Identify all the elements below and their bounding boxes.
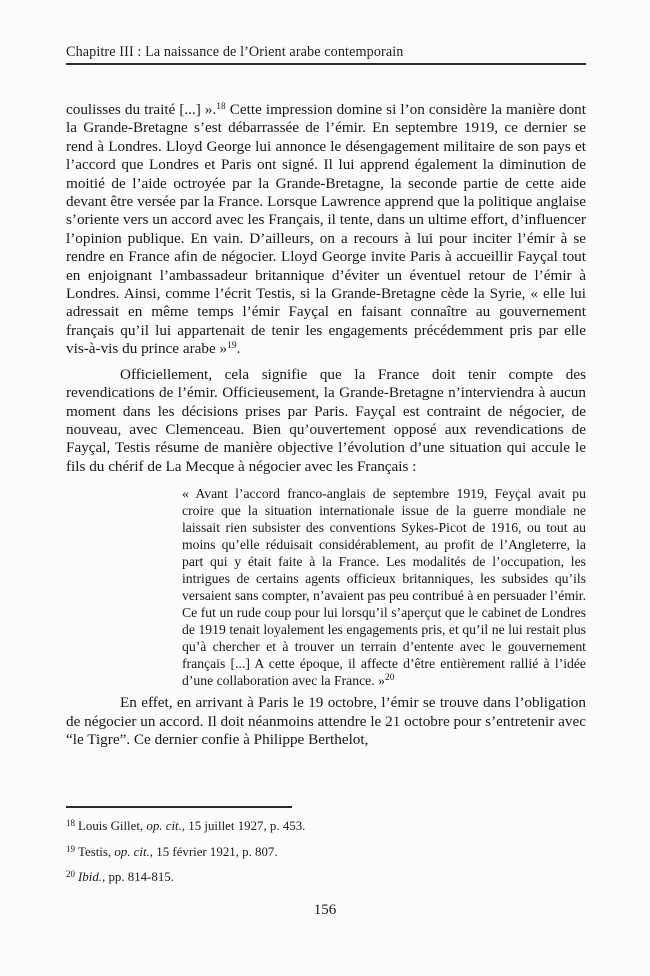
- italic-text: op. cit.: [146, 819, 181, 833]
- footnote-marker: 19: [66, 844, 75, 854]
- document-page: Chapitre III : La naissance de l’Orient …: [0, 0, 650, 976]
- block-quote: « Avant l’accord franco-anglais de septe…: [182, 485, 586, 689]
- page-number: 156: [0, 902, 650, 919]
- footnote-text: Ibid., pp. 814-815.: [78, 870, 174, 884]
- footnote-ref: 19: [227, 341, 237, 351]
- footnote: 20Ibid., pp. 814-815.: [66, 869, 586, 885]
- italic-text: op. cit.: [114, 845, 149, 859]
- footnote-block: 18Louis Gillet, op. cit., 15 juillet 192…: [66, 806, 586, 895]
- footnote-separator: [66, 806, 292, 808]
- footnote-ref: 20: [385, 673, 395, 683]
- footnote-text: Testis, op. cit., 15 février 1921, p. 80…: [78, 845, 278, 859]
- body-text: coulisses du traité [...] ».18 Cette imp…: [66, 101, 586, 749]
- footnote-marker: 18: [66, 818, 75, 828]
- footnote-ref: 18: [216, 102, 226, 112]
- footnote-text: Louis Gillet, op. cit., 15 juillet 1927,…: [78, 819, 305, 833]
- paragraph: En effet, en arrivant à Paris le 19 octo…: [66, 694, 586, 749]
- paragraph-continuation: coulisses du traité [...] ».18 Cette imp…: [66, 101, 586, 359]
- running-header: Chapitre III : La naissance de l’Orient …: [66, 44, 586, 65]
- chapter-title: Chapitre III : La naissance de l’Orient …: [66, 44, 403, 60]
- footnote-marker: 20: [66, 869, 75, 879]
- paragraph: Officiellement, cela signifie que la Fra…: [66, 366, 586, 476]
- italic-text: Ibid.: [78, 870, 102, 884]
- footnote: 18Louis Gillet, op. cit., 15 juillet 192…: [66, 818, 586, 834]
- footnote: 19Testis, op. cit., 15 février 1921, p. …: [66, 844, 586, 860]
